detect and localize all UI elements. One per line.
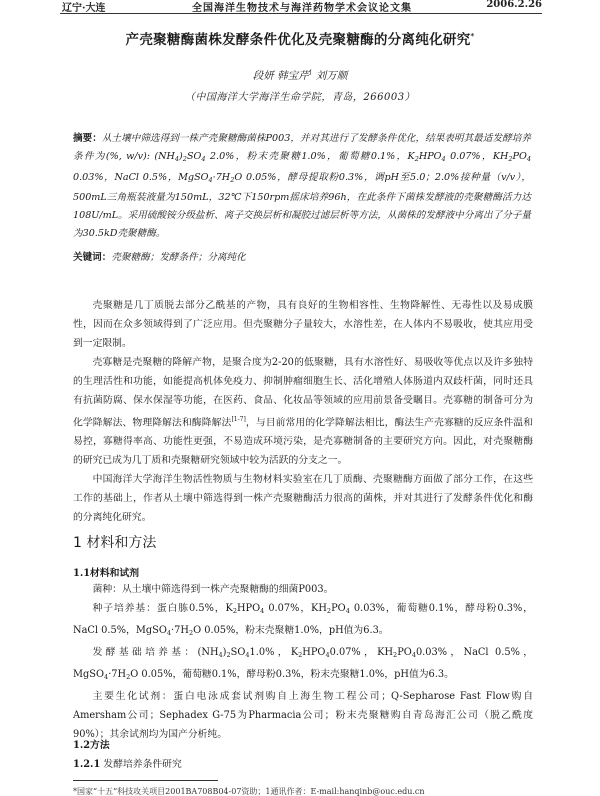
keywords: 关键词：壳聚糖酶；发酵条件；分离纯化 [73, 249, 531, 263]
abstract-text: 2.0%，粉末壳聚糖1.0%，葡萄糖0.1%，K [210, 151, 415, 162]
text: 0.07%，KH [330, 647, 393, 658]
title-text: 产壳聚糖酶菌株发酵条件优化及壳聚糖酶的分离纯化研究 [126, 32, 471, 48]
seed-medium-paragraph: 种子培养基：蛋白胨0.5%，K2HPO4 0.07%，KH2PO4 0.03%，… [73, 599, 533, 643]
abstract-text: PO [513, 151, 527, 162]
authors-a: 段妍 韩宝芹 [253, 70, 309, 82]
abstract-text: HPO [419, 151, 442, 162]
header-date: 2006.2.26 [486, 0, 542, 10]
section-heading-1: 1 材料和方法 [73, 532, 156, 552]
text: SO [231, 647, 246, 658]
label: 发酵基础培养基： [93, 647, 198, 658]
text: HPO [237, 603, 260, 614]
text: 0.07%，KH [268, 603, 327, 614]
text: (NH [198, 647, 219, 658]
subsection-heading-1-1: 1.1材料和试剂 [73, 565, 139, 579]
text: PO [331, 603, 346, 614]
title-footnote-marker: * [471, 32, 475, 41]
header-rule [60, 13, 542, 14]
citation: [1-7] [231, 416, 245, 423]
subsection-heading-1-2-1: 1.2.1 发酵培养条件研究 [73, 756, 182, 770]
abstract: 摘要：从土壤中筛选得到一株产壳聚糖酶菌株P003，并对其进行了发酵条件优化，结果… [73, 130, 531, 244]
text: O 0.05%，粉末壳聚糖1.0%，pH值为6.3。 [193, 625, 389, 636]
subsection-heading-1-2: 1.2方法 [73, 737, 110, 751]
intro-paragraph-3: 中国海洋大学海洋生物活性物质与生物材料实验室在几丁质酶、壳聚糖酶方面做了部分工作… [73, 470, 533, 527]
footnote: *国家“十五”科技攻关项目2001BA708B04-07资助；1通讯作者：E-m… [73, 786, 533, 796]
fermentation-medium-paragraph: 发酵基础培养基：(NH4)2SO41.0%，K2HPO40.07%，KH2PO4… [73, 643, 533, 687]
abstract-label: 摘要： [73, 133, 102, 144]
text: PO [397, 647, 412, 658]
text: 蛋白胨0.5%，K [157, 603, 233, 614]
header-location: 辽宁·大连 [62, 0, 105, 14]
materials: 菌种：从土壤中筛选得到一株产壳聚糖酶的细菌P003。 种子培养基：蛋白胨0.5%… [73, 580, 533, 744]
text: 1.0%，K [250, 647, 299, 658]
keywords-text: 壳聚糖酶；发酵条件；分离纯化 [111, 252, 245, 263]
affiliation: （中国海洋大学海洋生命学院，青岛，266003） [0, 88, 600, 103]
intro-paragraph-2: 壳寡糖是壳聚糖的降解产物，是聚合度为2-20的低聚糖，具有水溶性好、易吸收等优点… [73, 353, 533, 470]
strain-paragraph: 菌种：从土壤中筛选得到一株产壳聚糖酶的细菌P003。 [73, 580, 533, 599]
keywords-label: 关键词： [73, 252, 111, 263]
introduction: 壳聚糖是几丁质脱去部分乙酰基的产物，具有良好的生物相容性、生物降解性、无毒性以及… [73, 296, 533, 527]
abstract-text: 0.07%，KH [450, 151, 508, 162]
paper-title: 产壳聚糖酶菌株发酵条件优化及壳聚糖酶的分离纯化研究* [0, 28, 600, 48]
reagents-paragraph: 主要生化试剂：蛋白电泳成套试剂购自上海生物工程公司；Q-Sepharose Fa… [73, 687, 533, 744]
footnote-rule [73, 780, 218, 781]
label: 种子培养基： [93, 603, 157, 614]
header-proceedings: 全国海洋生物技术与海洋药物学术会议论文集 [192, 0, 412, 14]
subsection-title: 发酵培养条件研究 [100, 759, 182, 770]
text: HPO [302, 647, 325, 658]
abstract-text: 0.03%，NaCl 0.5%，MgSO [73, 172, 209, 183]
authors-b: 刘万顺 [312, 70, 347, 82]
subsection-number: 1.2.1 [73, 759, 100, 770]
text: O 0.05%，葡萄糖0.1%，酵母粉0.3%，粉末壳聚糖1.0%，pH值为6.… [130, 669, 454, 680]
abstract-text: ·7H [213, 172, 231, 183]
running-header: 辽宁·大连 全国海洋生物技术与海洋药物学术会议论文集 2006.2.26 [60, 0, 542, 12]
author-list: 段妍 韩宝芹1 刘万顺 [0, 68, 600, 83]
text: ·7H [108, 669, 126, 680]
text: ·7H [171, 625, 189, 636]
intro-paragraph-1: 壳聚糖是几丁质脱去部分乙酰基的产物，具有良好的生物相容性、生物降解性、无毒性以及… [73, 296, 533, 353]
